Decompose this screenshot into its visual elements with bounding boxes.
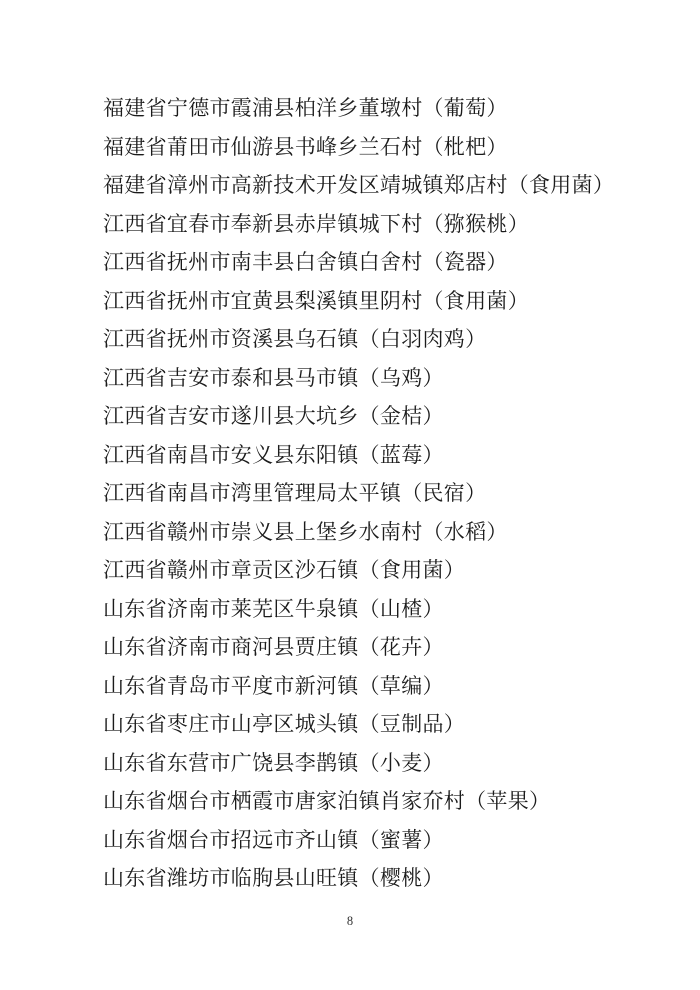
document-page: 福建省宁德市霞浦县柏洋乡董墩村（葡萄）福建省莆田市仙游县书峰乡兰石村（枇杷）福建…	[0, 0, 700, 990]
entry-line: 江西省赣州市崇义县上堡乡水南村（水稻）	[103, 513, 660, 552]
entry-line: 山东省枣庄市山亭区城头镇（豆制品）	[103, 705, 660, 744]
entry-line: 山东省济南市莱芜区牛泉镇（山楂）	[103, 590, 660, 629]
entry-list: 福建省宁德市霞浦县柏洋乡董墩村（葡萄）福建省莆田市仙游县书峰乡兰石村（枇杷）福建…	[103, 89, 660, 898]
entry-line: 江西省吉安市遂川县大坑乡（金桔）	[103, 397, 660, 436]
entry-line: 山东省烟台市栖霞市唐家泊镇肖家夼村（苹果）	[103, 782, 660, 821]
entry-line: 山东省东营市广饶县李鹊镇（小麦）	[103, 744, 660, 783]
entry-line: 江西省抚州市宜黄县梨溪镇里阴村（食用菌）	[103, 282, 660, 321]
entry-line: 江西省南昌市湾里管理局太平镇（民宿）	[103, 474, 660, 513]
entry-line: 江西省抚州市南丰县白舍镇白舍村（瓷器）	[103, 243, 660, 282]
entry-line: 山东省烟台市招远市齐山镇（蜜薯）	[103, 821, 660, 860]
page-number: 8	[347, 914, 353, 928]
entry-line: 福建省漳州市高新技术开发区靖城镇郑店村（食用菌）	[103, 166, 660, 205]
page-footer: 8	[0, 912, 700, 930]
entry-line: 山东省济南市商河县贾庄镇（花卉）	[103, 628, 660, 667]
entry-line: 江西省吉安市泰和县马市镇（乌鸡）	[103, 359, 660, 398]
entry-line: 江西省赣州市章贡区沙石镇（食用菌）	[103, 551, 660, 590]
entry-line: 福建省宁德市霞浦县柏洋乡董墩村（葡萄）	[103, 89, 660, 128]
entry-line: 江西省抚州市资溪县乌石镇（白羽肉鸡）	[103, 320, 660, 359]
entry-line: 山东省潍坊市临朐县山旺镇（樱桃）	[103, 859, 660, 898]
entry-line: 福建省莆田市仙游县书峰乡兰石村（枇杷）	[103, 128, 660, 167]
entry-line: 江西省宜春市奉新县赤岸镇城下村（猕猴桃）	[103, 205, 660, 244]
entry-line: 山东省青岛市平度市新河镇（草编）	[103, 667, 660, 706]
entry-line: 江西省南昌市安义县东阳镇（蓝莓）	[103, 436, 660, 475]
